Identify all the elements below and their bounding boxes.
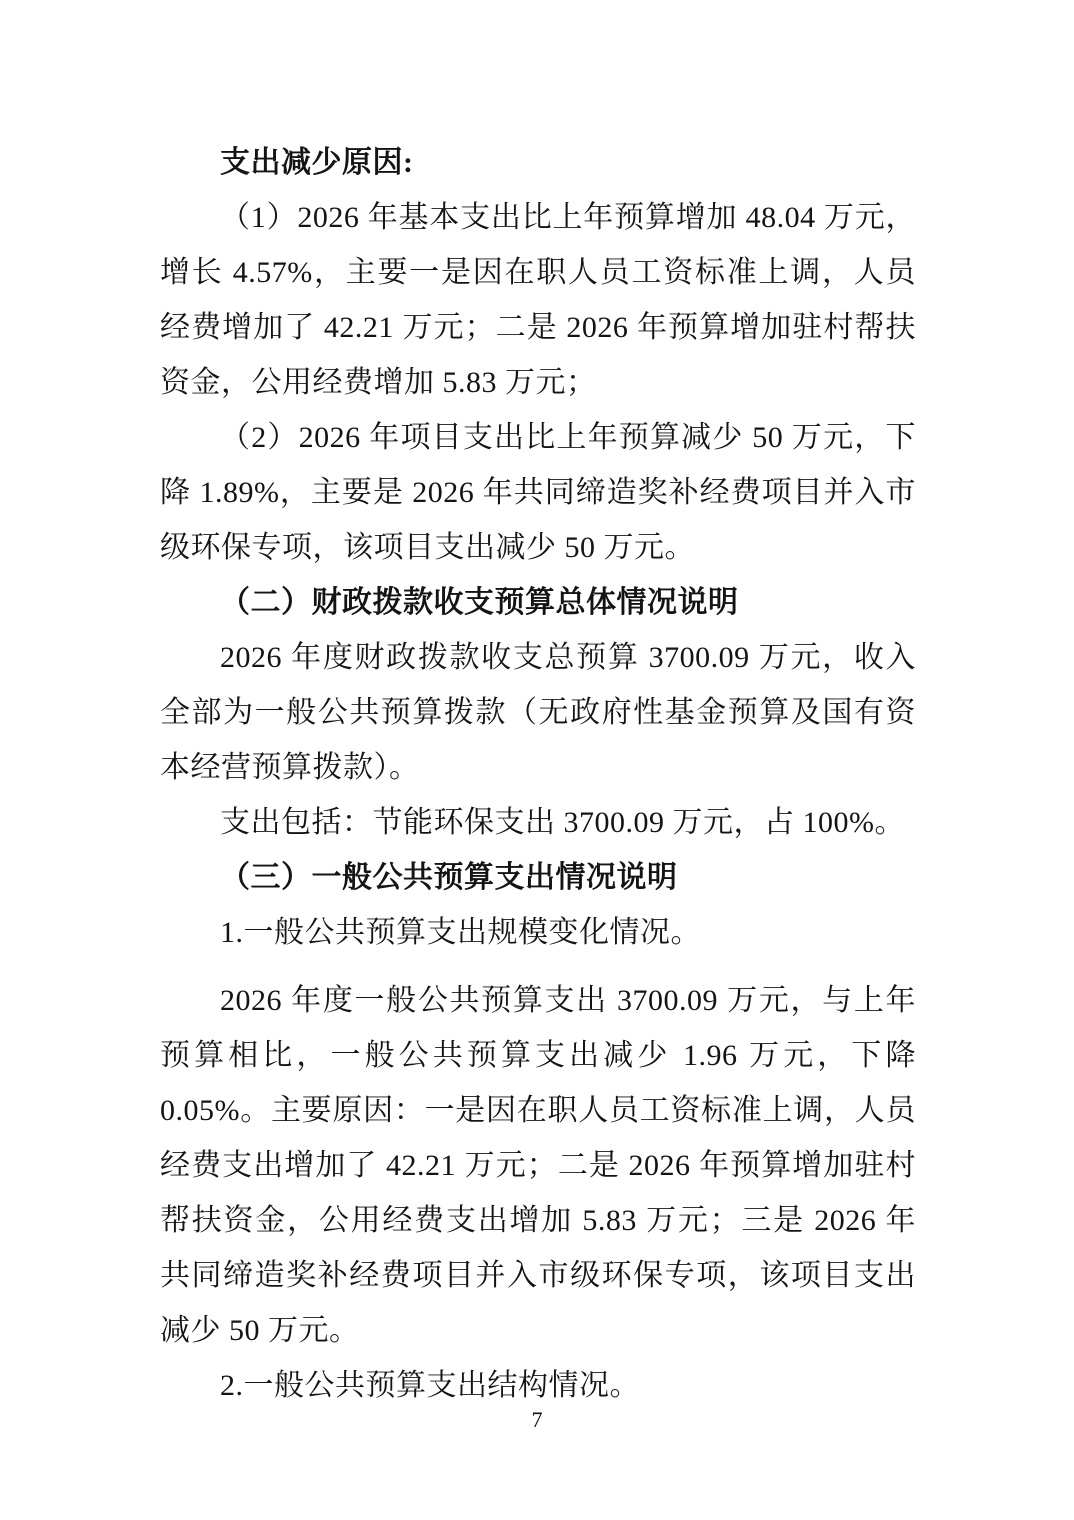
paragraph-project-expense-decrease: （2）2026 年项目支出比上年预算减少 50 万元，下降 1.89%，主要是 …	[160, 410, 916, 575]
subheading-expense-scale-change: 1.一般公共预算支出规模变化情况。	[160, 905, 916, 960]
section-heading-public-budget-expense: （三）一般公共预算支出情况说明	[160, 850, 916, 905]
subheading-expense-structure: 2.一般公共预算支出结构情况。	[160, 1358, 916, 1413]
paragraph-expense-composition: 支出包括：节能环保支出 3700.09 万元，占 100%。	[160, 795, 916, 850]
page-number: 7	[0, 1406, 1074, 1434]
document-body: 支出减少原因: （1）2026 年基本支出比上年预算增加 48.04 万元，增长…	[160, 135, 916, 1413]
paragraph-public-budget-detail: 2026 年度一般公共预算支出 3700.09 万元，与上年预算相比，一般公共预…	[160, 973, 916, 1358]
section-heading-fiscal-appropriation: （二）财政拨款收支预算总体情况说明	[160, 575, 916, 630]
paragraph-fiscal-total-budget: 2026 年度财政拨款收支总预算 3700.09 万元，收入全部为一般公共预算拨…	[160, 630, 916, 795]
document-page: 支出减少原因: （1）2026 年基本支出比上年预算增加 48.04 万元，增长…	[0, 0, 1074, 1520]
expense-decrease-reason-heading: 支出减少原因:	[160, 135, 916, 190]
paragraph-basic-expense-increase: （1）2026 年基本支出比上年预算增加 48.04 万元，增长 4.57%，主…	[160, 190, 916, 410]
